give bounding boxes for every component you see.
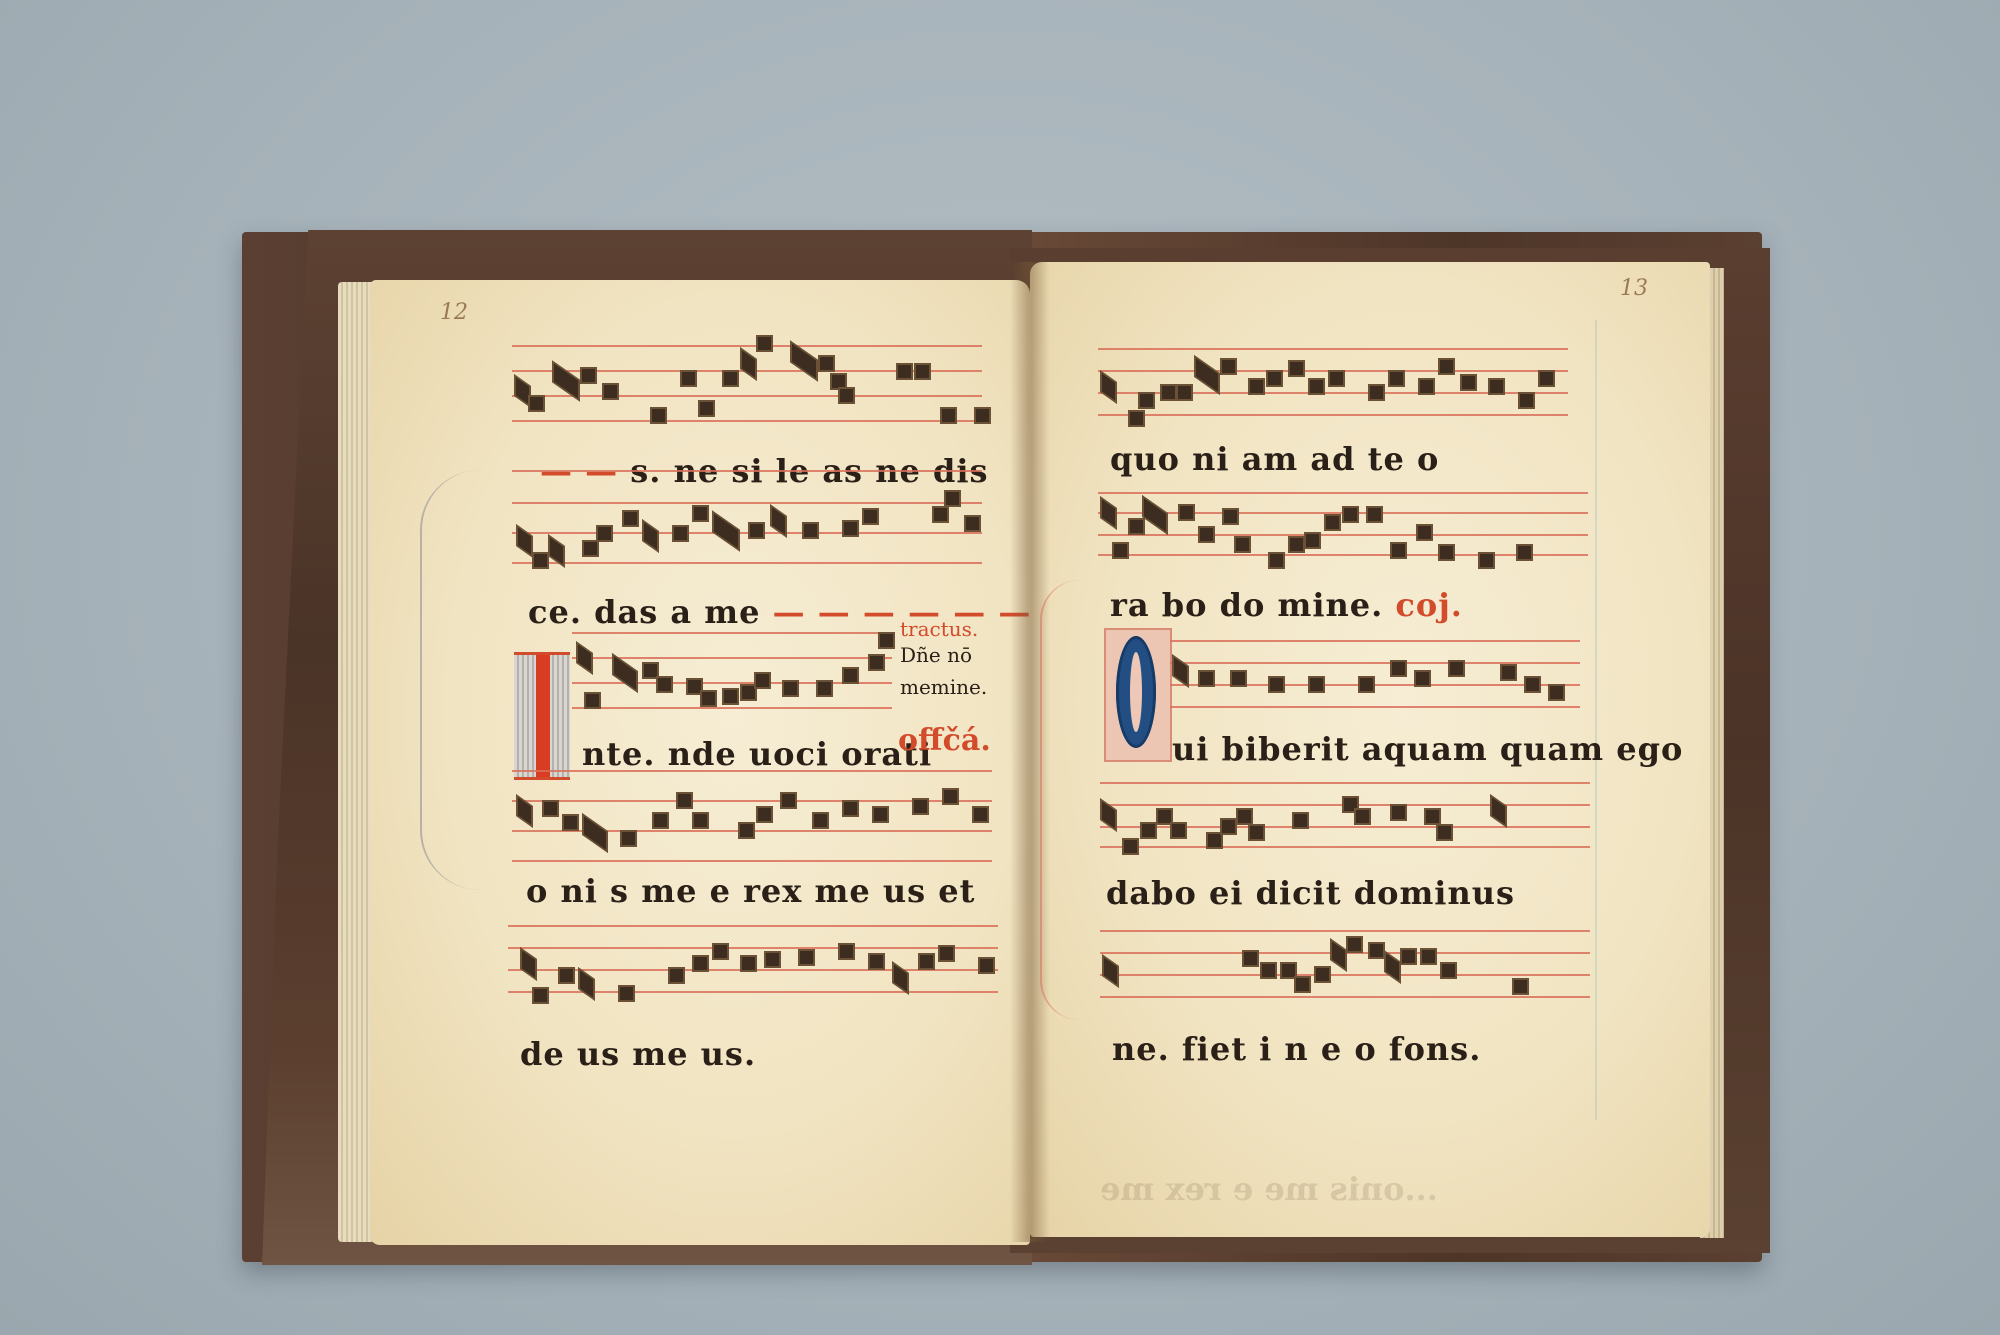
- neume: [896, 363, 913, 380]
- neume: [562, 814, 579, 831]
- neume: [1478, 552, 1495, 569]
- neume: [1176, 384, 1193, 401]
- neume: [1172, 654, 1189, 688]
- neume: [872, 806, 889, 823]
- neume: [878, 632, 895, 649]
- neume: [892, 961, 909, 995]
- neume: [712, 510, 740, 552]
- neume: [740, 347, 757, 381]
- neume: [668, 967, 685, 984]
- staff: [1100, 782, 1590, 872]
- neume: [1390, 804, 1407, 821]
- neume: [676, 792, 693, 809]
- neume: [532, 552, 549, 569]
- neume: [802, 522, 819, 539]
- neume: [692, 955, 709, 972]
- neume: [520, 947, 537, 981]
- staff: [508, 925, 998, 1025]
- neume: [1346, 936, 1363, 953]
- neume: [650, 407, 667, 424]
- neume: [1490, 794, 1507, 828]
- neume: [1324, 514, 1341, 531]
- neume: [656, 676, 673, 693]
- neume: [1342, 506, 1359, 523]
- neume: [1128, 410, 1145, 427]
- neume: [1160, 384, 1177, 401]
- rubric-communion: coj.: [1395, 586, 1463, 624]
- neume: [912, 798, 929, 815]
- neume: [756, 806, 773, 823]
- neume: [1390, 660, 1407, 677]
- neume: [862, 508, 879, 525]
- staff: [572, 632, 892, 732]
- neume: [1512, 978, 1529, 995]
- staff: [512, 770, 992, 880]
- neume: [1304, 532, 1321, 549]
- rubric-incipit-cont: memine.: [900, 674, 987, 700]
- neume: [1100, 370, 1117, 404]
- staff: [1100, 930, 1590, 1020]
- neume: [532, 987, 549, 1004]
- neume: [1242, 950, 1259, 967]
- neume: [964, 515, 981, 532]
- neume: [1178, 504, 1195, 521]
- neume: [1500, 664, 1517, 681]
- neume: [756, 335, 773, 352]
- neume: [1220, 818, 1237, 835]
- neume: [1424, 808, 1441, 825]
- neume: [1170, 822, 1187, 839]
- neume: [1548, 684, 1565, 701]
- neume: [722, 370, 739, 387]
- neume: [578, 967, 595, 1001]
- neume: [1198, 670, 1215, 687]
- neume: [1314, 966, 1331, 983]
- staff: [1170, 640, 1580, 730]
- neume: [1368, 942, 1385, 959]
- neume: [1268, 552, 1285, 569]
- neume: [932, 506, 949, 523]
- neume: [940, 407, 957, 424]
- neume: [1448, 660, 1465, 677]
- neume: [972, 806, 989, 823]
- neume: [1288, 536, 1305, 553]
- neume: [582, 540, 599, 557]
- neume: [978, 957, 995, 974]
- bleed-through-text: ...onis me e rex me: [1100, 1170, 1438, 1208]
- neume: [1100, 496, 1117, 530]
- lyrics-line: nte. nde uoci orati: [582, 735, 932, 773]
- neume: [1416, 524, 1433, 541]
- neume: [868, 654, 885, 671]
- neume: [692, 505, 709, 522]
- neume: [1288, 360, 1305, 377]
- neume: [680, 370, 697, 387]
- neume: [1436, 824, 1453, 841]
- folio-number-left: 12: [440, 300, 468, 325]
- neume: [816, 680, 833, 697]
- neume: [868, 953, 885, 970]
- neume: [1128, 518, 1145, 535]
- neume: [602, 383, 619, 400]
- neume: [842, 800, 859, 817]
- lyrics-line: o ni s me e rex me us et: [526, 872, 975, 910]
- neume: [1516, 544, 1533, 561]
- decorated-initial-I: I: [514, 652, 570, 780]
- neume: [1248, 824, 1265, 841]
- neume: [1368, 384, 1385, 401]
- neume: [1112, 542, 1129, 559]
- neume: [1138, 392, 1155, 409]
- neume: [1420, 948, 1437, 965]
- neume: [584, 692, 601, 709]
- staff: [512, 345, 982, 445]
- neume: [1266, 370, 1283, 387]
- lyrics-line: de us me us.: [520, 1035, 756, 1073]
- rubric-offertory: offčá.: [898, 728, 991, 754]
- neume: [942, 788, 959, 805]
- neume: [1400, 948, 1417, 965]
- neume: [1518, 392, 1535, 409]
- neume: [1248, 378, 1265, 395]
- neume: [1358, 676, 1375, 693]
- neume: [738, 822, 755, 839]
- neume: [1230, 670, 1247, 687]
- neume: [1488, 378, 1505, 395]
- neume: [1236, 808, 1253, 825]
- staff: [512, 470, 982, 570]
- neume: [580, 367, 597, 384]
- staff: [1098, 348, 1568, 438]
- neume: [642, 519, 659, 553]
- neume: [528, 395, 545, 412]
- neume: [596, 525, 613, 542]
- neume: [618, 985, 635, 1002]
- neume: [1384, 950, 1401, 984]
- neume: [558, 967, 575, 984]
- neume: [764, 951, 781, 968]
- neume: [1538, 370, 1555, 387]
- neume: [1260, 962, 1277, 979]
- neume: [1414, 670, 1431, 687]
- neume: [1308, 378, 1325, 395]
- folio-number-right: 13: [1620, 276, 1648, 301]
- neume: [652, 812, 669, 829]
- decorated-initial-Q: [1104, 628, 1172, 762]
- neume: [1140, 822, 1157, 839]
- neume: [798, 949, 815, 966]
- rubric-incipit: Dñe nō: [900, 642, 987, 668]
- neume: [722, 688, 739, 705]
- neume: [780, 792, 797, 809]
- neume: [692, 812, 709, 829]
- neume: [1524, 676, 1541, 693]
- neume: [818, 355, 835, 372]
- neume: [542, 800, 559, 817]
- neume: [1354, 808, 1371, 825]
- neume: [918, 953, 935, 970]
- neume: [516, 524, 533, 558]
- neume: [622, 510, 639, 527]
- neume: [1460, 374, 1477, 391]
- staff: [1098, 492, 1588, 582]
- neume: [1308, 676, 1325, 693]
- neume: [1292, 812, 1309, 829]
- lyrics-line: ui biberit aquam quam ego: [1172, 730, 1683, 768]
- neume: [1388, 370, 1405, 387]
- neume: [1328, 370, 1345, 387]
- neume: [740, 955, 757, 972]
- neume: [1366, 506, 1383, 523]
- neume: [1142, 495, 1168, 535]
- neume: [620, 830, 637, 847]
- neume: [842, 667, 859, 684]
- neume: [782, 680, 799, 697]
- neume: [974, 407, 991, 424]
- rubric-tractus: tractus.: [900, 616, 987, 642]
- neume: [842, 520, 859, 537]
- neume: [712, 943, 729, 960]
- neume: [1268, 676, 1285, 693]
- neume: [698, 400, 715, 417]
- neume: [672, 525, 689, 542]
- neume: [1198, 526, 1215, 543]
- neume: [1440, 962, 1457, 979]
- neume: [1418, 378, 1435, 395]
- neume: [1122, 838, 1139, 855]
- neume: [582, 813, 608, 853]
- neume: [754, 672, 771, 689]
- neume: [576, 641, 593, 675]
- lyrics-line: dabo ei dicit dominus: [1106, 874, 1515, 912]
- neume: [812, 812, 829, 829]
- neume: [914, 363, 931, 380]
- ruling-line: [1595, 320, 1597, 1120]
- neume: [1294, 976, 1311, 993]
- neume: [1330, 938, 1347, 972]
- neume: [1102, 954, 1119, 988]
- neume: [938, 945, 955, 962]
- neume: [1438, 358, 1455, 375]
- neume: [1220, 358, 1237, 375]
- lyrics-line: ra bo do mine. coj.: [1110, 586, 1463, 624]
- neume: [944, 490, 961, 507]
- rubric-block: tractus. Dñe nō memine.: [900, 616, 987, 700]
- neume: [1390, 542, 1407, 559]
- neume: [748, 522, 765, 539]
- neume: [700, 690, 717, 707]
- lyrics-line: quo ni am ad te o: [1110, 440, 1439, 478]
- neume: [1438, 544, 1455, 561]
- lyrics-line: ne. fiet i n e o fons.: [1112, 1030, 1481, 1068]
- neume: [1222, 508, 1239, 525]
- neume: [1234, 536, 1251, 553]
- neume: [838, 943, 855, 960]
- neume: [1194, 355, 1220, 395]
- neume: [838, 387, 855, 404]
